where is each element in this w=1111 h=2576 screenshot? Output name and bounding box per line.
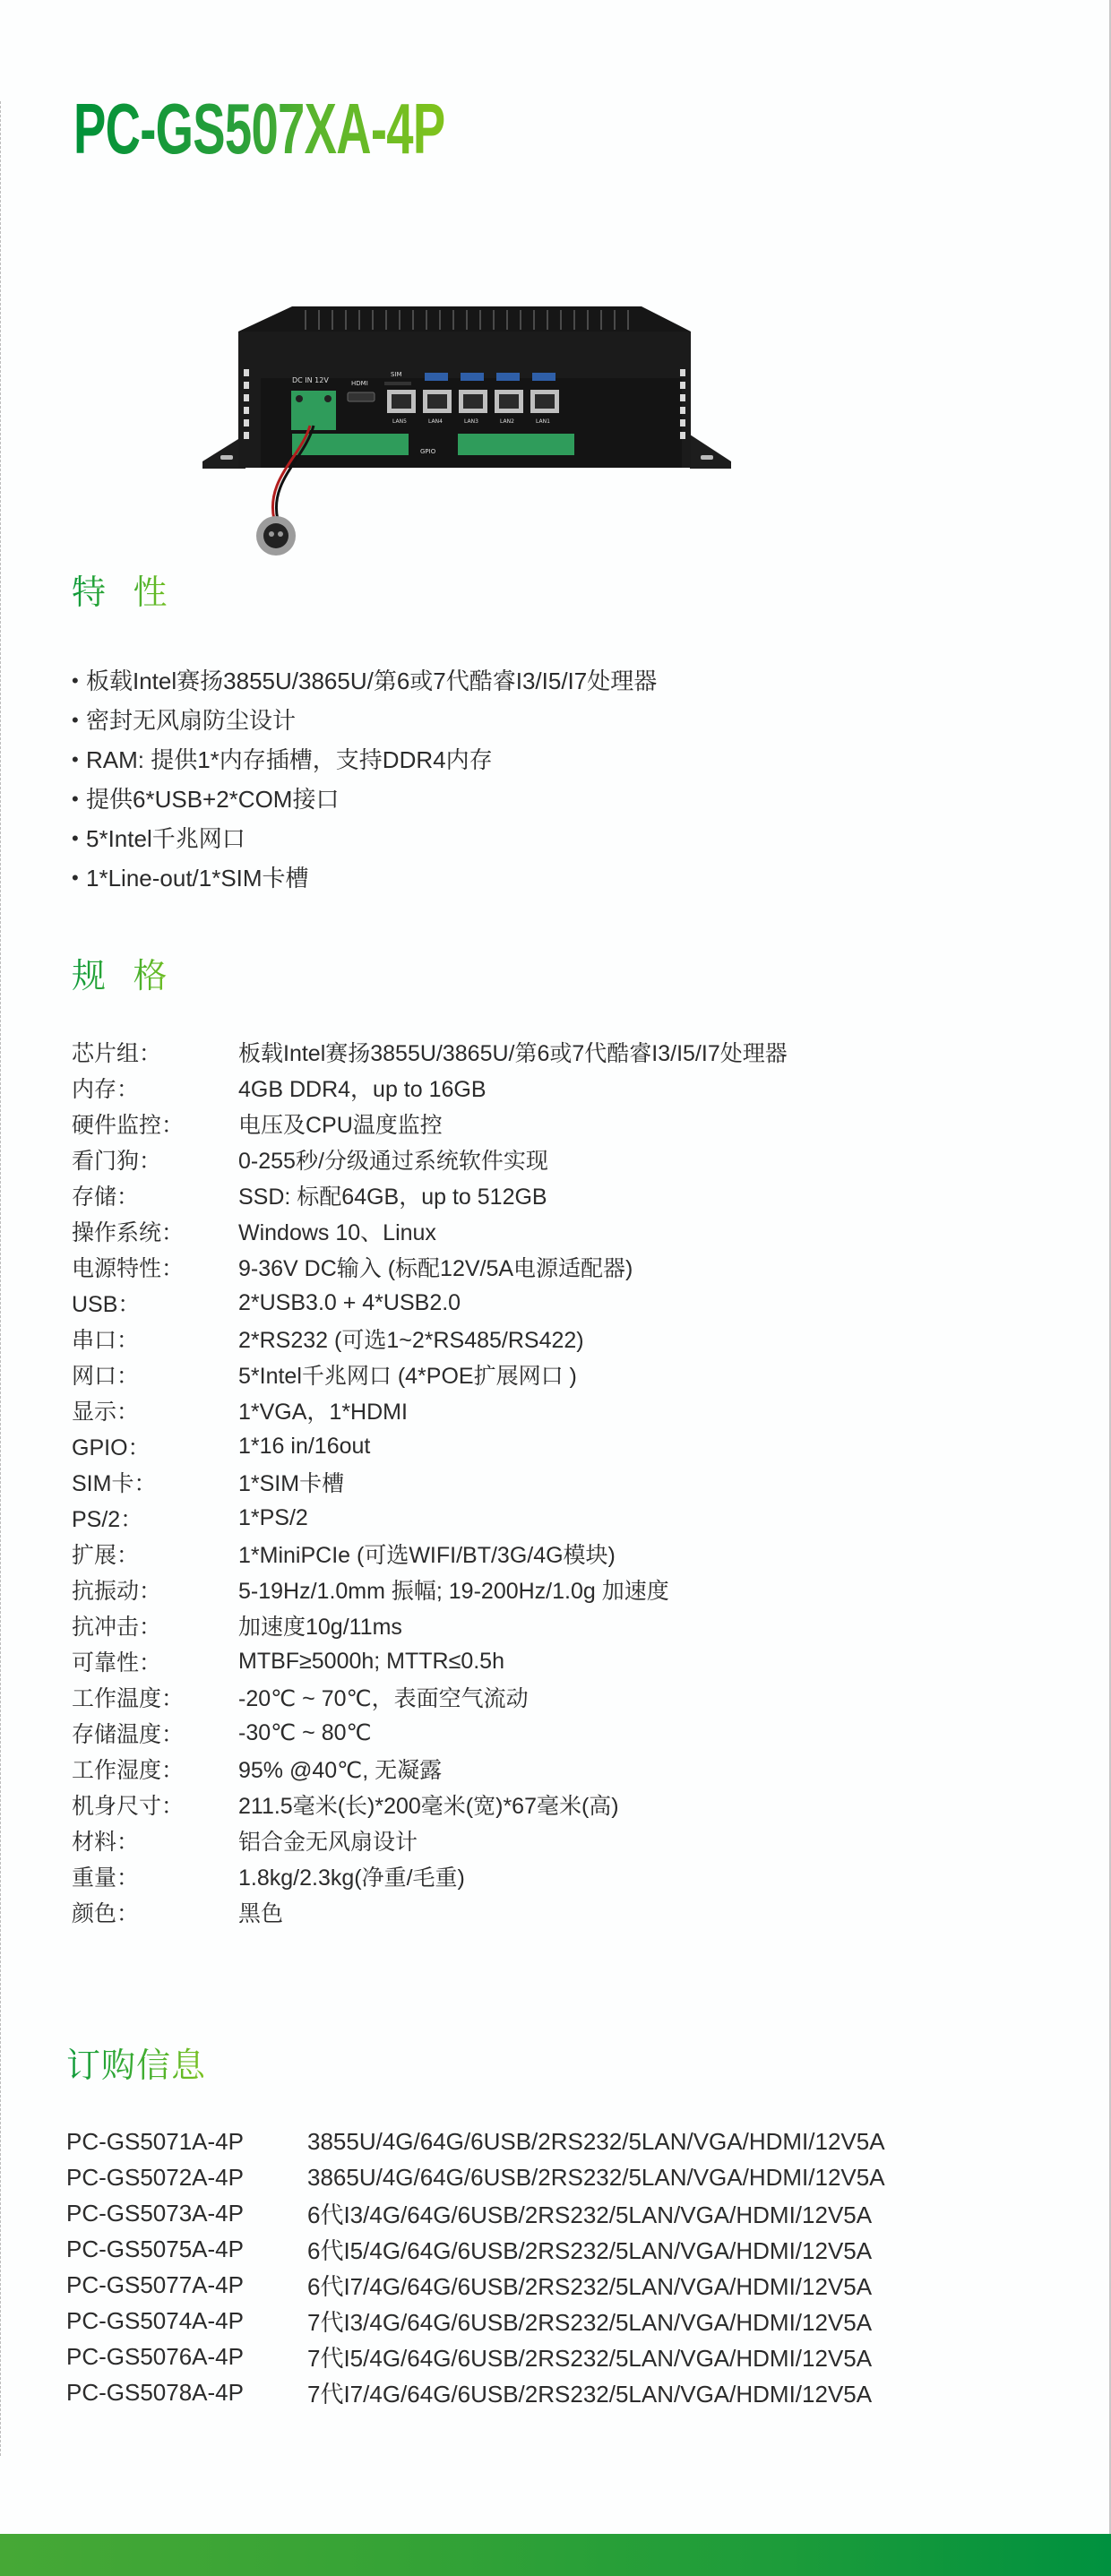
spec-row: 存储温度：-30℃ ~ 80℃	[72, 1715, 788, 1751]
ordering-heading: 订购信息	[66, 2046, 206, 2086]
svg-text:LAN3: LAN3	[464, 418, 478, 425]
spec-value: 1*16 in/16out	[238, 1434, 370, 1460]
spec-value: 1*VGA，1*HDMI	[238, 1394, 408, 1426]
order-row: PC-GS5072A-4P3865U/4G/64G/6USB/2RS232/5L…	[66, 2159, 885, 2195]
spec-row: 抗振动：5-19Hz/1.0mm 振幅; 19-200Hz/1.0g 加速度	[72, 1572, 788, 1607]
spec-row: 看门狗：0-255秒/分级通过系统软件实现	[72, 1142, 788, 1177]
bullet-icon: •	[72, 858, 79, 898]
spec-row: 网口：5*Intel千兆网口 (4*POE扩展网口 )	[72, 1357, 788, 1392]
order-row: PC-GS5078A-4P7代I7/4G/64G/6USB/2RS232/5LA…	[66, 2374, 885, 2410]
specs-heading: 规 格	[72, 957, 177, 996]
order-part-number: PC-GS5074A-4P	[66, 2307, 307, 2335]
spec-row: 工作温度：-20℃ ~ 70℃，表面空气流动	[72, 1679, 788, 1715]
left-dashed-rule	[0, 101, 1, 2456]
spec-label: 颜色：	[72, 1896, 238, 1928]
feature-item: •5*Intel千兆网口	[72, 819, 657, 858]
features-heading: 特 性	[72, 573, 177, 613]
spec-row: 材料：铝合金无风扇设计	[72, 1822, 788, 1858]
order-description: 3865U/4G/64G/6USB/2RS232/5LAN/VGA/HDMI/1…	[307, 2164, 885, 2192]
spec-label: 硬件监控：	[72, 1107, 238, 1140]
spec-value: 电压及CPU温度监控	[238, 1107, 443, 1140]
order-part-number: PC-GS5071A-4P	[66, 2128, 307, 2156]
svg-text:LAN4: LAN4	[428, 418, 443, 425]
spec-value: 1.8kg/2.3kg(净重/毛重)	[238, 1860, 465, 1892]
spec-row: 内存：4GB DDR4，up to 16GB	[72, 1070, 788, 1106]
spec-label: 存储：	[72, 1179, 238, 1211]
spec-value: 1*PS/2	[238, 1505, 308, 1531]
spec-label: PS/2：	[72, 1502, 238, 1534]
order-description: 6代I7/4G/64G/6USB/2RS232/5LAN/VGA/HDMI/12…	[307, 2269, 872, 2302]
feature-item: •密封无风扇防尘设计	[72, 701, 657, 740]
spec-row: USB：2*USB3.0 + 4*USB2.0	[72, 1285, 788, 1321]
spec-row: 抗冲击：加速度10g/11ms	[72, 1607, 788, 1643]
order-row: PC-GS5076A-4P7代I5/4G/64G/6USB/2RS232/5LA…	[66, 2339, 885, 2374]
spec-value: Windows 10、Linux	[238, 1215, 436, 1247]
svg-text:LAN1: LAN1	[536, 418, 550, 425]
spec-row: GPIO：1*16 in/16out	[72, 1428, 788, 1464]
spec-row: 工作湿度：95% @40℃, 无凝露	[72, 1751, 788, 1787]
order-row: PC-GS5071A-4P3855U/4G/64G/6USB/2RS232/5L…	[66, 2124, 885, 2159]
spec-row: 扩展：1*MiniPCIe (可选WIFI/BT/3G/4G模块)	[72, 1536, 788, 1572]
footer-green-bar	[0, 2534, 1111, 2576]
spec-row: 芯片组：板载Intel赛扬3855U/3865U/第6或7代酷睿I3/I5/I7…	[72, 1034, 788, 1070]
spec-row: 串口：2*RS232 (可选1~2*RS485/RS422)	[72, 1321, 788, 1357]
spec-value: 95% @40℃, 无凝露	[238, 1753, 442, 1785]
feature-item: •RAM: 提供1*内存插槽，支持DDR4内存	[72, 740, 657, 780]
spec-label: 芯片组：	[72, 1036, 238, 1068]
svg-text:GPIO: GPIO	[420, 448, 436, 455]
order-part-number: PC-GS5077A-4P	[66, 2271, 307, 2299]
spec-value: -30℃ ~ 80℃	[238, 1719, 372, 1746]
order-description: 3855U/4G/64G/6USB/2RS232/5LAN/VGA/HDMI/1…	[307, 2128, 885, 2156]
spec-label: 抗冲击：	[72, 1609, 238, 1641]
spec-value: 2*RS232 (可选1~2*RS485/RS422)	[238, 1322, 584, 1355]
order-description: 7代I3/4G/64G/6USB/2RS232/5LAN/VGA/HDMI/12…	[307, 2305, 872, 2338]
spec-value: 1*MiniPCIe (可选WIFI/BT/3G/4G模块)	[238, 1538, 616, 1570]
spec-label: 显示：	[72, 1394, 238, 1426]
feature-item: •1*Line-out/1*SIM卡槽	[72, 858, 657, 898]
spec-value: -20℃ ~ 70℃，表面空气流动	[238, 1681, 529, 1713]
svg-text:SIM: SIM	[391, 371, 402, 378]
spec-value: 211.5毫米(长)*200毫米(宽)*67毫米(高)	[238, 1788, 619, 1821]
spec-row: 颜色：黑色	[72, 1894, 788, 1930]
spec-row: 显示：1*VGA，1*HDMI	[72, 1392, 788, 1428]
order-part-number: PC-GS5076A-4P	[66, 2343, 307, 2371]
spec-label: 看门狗：	[72, 1143, 238, 1176]
spec-label: 机身尺寸：	[72, 1788, 238, 1821]
bullet-icon: •	[72, 740, 79, 780]
spec-label: 扩展：	[72, 1538, 238, 1570]
spec-value: 加速度10g/11ms	[238, 1609, 402, 1641]
order-description: 6代I5/4G/64G/6USB/2RS232/5LAN/VGA/HDMI/12…	[307, 2233, 872, 2266]
spec-row: 硬件监控：电压及CPU温度监控	[72, 1106, 788, 1142]
spec-label: USB：	[72, 1287, 238, 1319]
bullet-icon: •	[72, 661, 79, 701]
spec-value: 9-36V DC输入 (标配12V/5A电源适配器)	[238, 1251, 633, 1283]
feature-item: •板载Intel赛扬3855U/3865U/第6或7代酷睿I3/I5/I7处理器	[72, 661, 657, 701]
ordering-table: PC-GS5071A-4P3855U/4G/64G/6USB/2RS232/5L…	[66, 2124, 885, 2410]
order-description: 6代I3/4G/64G/6USB/2RS232/5LAN/VGA/HDMI/12…	[307, 2197, 872, 2230]
spec-row: 电源特性：9-36V DC输入 (标配12V/5A电源适配器)	[72, 1249, 788, 1285]
spec-label: 材料：	[72, 1824, 238, 1857]
bullet-icon: •	[72, 819, 79, 858]
spec-row: 可靠性：MTBF≥5000h; MTTR≤0.5h	[72, 1643, 788, 1679]
product-image: DC IN 12V HDMI SIM LAN5LAN4 LAN3LAN2LAN1…	[202, 296, 731, 564]
spec-label: 抗振动：	[72, 1573, 238, 1606]
product-title: PC-GS507XA-4P	[73, 90, 444, 168]
spec-label: 存储温度：	[72, 1717, 238, 1749]
spec-value: 1*SIM卡槽	[238, 1466, 344, 1498]
order-row: PC-GS5077A-4P6代I7/4G/64G/6USB/2RS232/5LA…	[66, 2267, 885, 2303]
spec-value: 铝合金无风扇设计	[238, 1824, 418, 1857]
spec-value: SSD: 标配64GB，up to 512GB	[238, 1179, 547, 1211]
svg-text:DC IN 12V: DC IN 12V	[292, 376, 329, 384]
spec-row: SIM卡：1*SIM卡槽	[72, 1464, 788, 1500]
spec-label: SIM卡：	[72, 1466, 238, 1498]
spec-label: 重量：	[72, 1860, 238, 1892]
bullet-icon: •	[72, 701, 79, 740]
order-description: 7代I7/4G/64G/6USB/2RS232/5LAN/VGA/HDMI/12…	[307, 2376, 872, 2409]
spec-label: 网口：	[72, 1358, 238, 1391]
spec-label: 工作温度：	[72, 1681, 238, 1713]
bullet-icon: •	[72, 780, 79, 819]
spec-label: 电源特性：	[72, 1251, 238, 1283]
order-row: PC-GS5075A-4P6代I5/4G/64G/6USB/2RS232/5LA…	[66, 2231, 885, 2267]
specs-table: 芯片组：板载Intel赛扬3855U/3865U/第6或7代酷睿I3/I5/I7…	[72, 1034, 788, 1930]
spec-value: 2*USB3.0 + 4*USB2.0	[238, 1290, 461, 1316]
spec-value: 0-255秒/分级通过系统软件实现	[238, 1143, 548, 1176]
spec-row: 重量：1.8kg/2.3kg(净重/毛重)	[72, 1858, 788, 1894]
order-description: 7代I5/4G/64G/6USB/2RS232/5LAN/VGA/HDMI/12…	[307, 2340, 872, 2374]
order-part-number: PC-GS5073A-4P	[66, 2200, 307, 2227]
spec-value: MTBF≥5000h; MTTR≤0.5h	[238, 1649, 504, 1675]
spec-label: 工作湿度：	[72, 1753, 238, 1785]
spec-label: GPIO：	[72, 1430, 238, 1462]
svg-text:LAN5: LAN5	[392, 418, 407, 425]
svg-text:LAN2: LAN2	[500, 418, 514, 425]
order-row: PC-GS5074A-4P7代I3/4G/64G/6USB/2RS232/5LA…	[66, 2303, 885, 2339]
spec-row: PS/2：1*PS/2	[72, 1500, 788, 1536]
spec-row: 存储：SSD: 标配64GB，up to 512GB	[72, 1177, 788, 1213]
spec-value: 黑色	[238, 1896, 283, 1928]
order-part-number: PC-GS5075A-4P	[66, 2236, 307, 2263]
order-row: PC-GS5073A-4P6代I3/4G/64G/6USB/2RS232/5LA…	[66, 2195, 885, 2231]
svg-text:HDMI: HDMI	[351, 380, 368, 387]
features-list: •板载Intel赛扬3855U/3865U/第6或7代酷睿I3/I5/I7处理器…	[72, 661, 657, 898]
spec-label: 串口：	[72, 1322, 238, 1355]
spec-label: 操作系统：	[72, 1215, 238, 1247]
spec-value: 5*Intel千兆网口 (4*POE扩展网口 )	[238, 1358, 577, 1391]
spec-value: 5-19Hz/1.0mm 振幅; 19-200Hz/1.0g 加速度	[238, 1573, 669, 1606]
order-part-number: PC-GS5072A-4P	[66, 2164, 307, 2192]
order-part-number: PC-GS5078A-4P	[66, 2379, 307, 2407]
spec-label: 内存：	[72, 1072, 238, 1104]
spec-value: 4GB DDR4，up to 16GB	[238, 1072, 487, 1104]
spec-label: 可靠性：	[72, 1645, 238, 1677]
spec-row: 机身尺寸：211.5毫米(长)*200毫米(宽)*67毫米(高)	[72, 1787, 788, 1822]
feature-item: •提供6*USB+2*COM接口	[72, 780, 657, 819]
spec-value: 板载Intel赛扬3855U/3865U/第6或7代酷睿I3/I5/I7处理器	[238, 1036, 788, 1068]
spec-row: 操作系统：Windows 10、Linux	[72, 1213, 788, 1249]
